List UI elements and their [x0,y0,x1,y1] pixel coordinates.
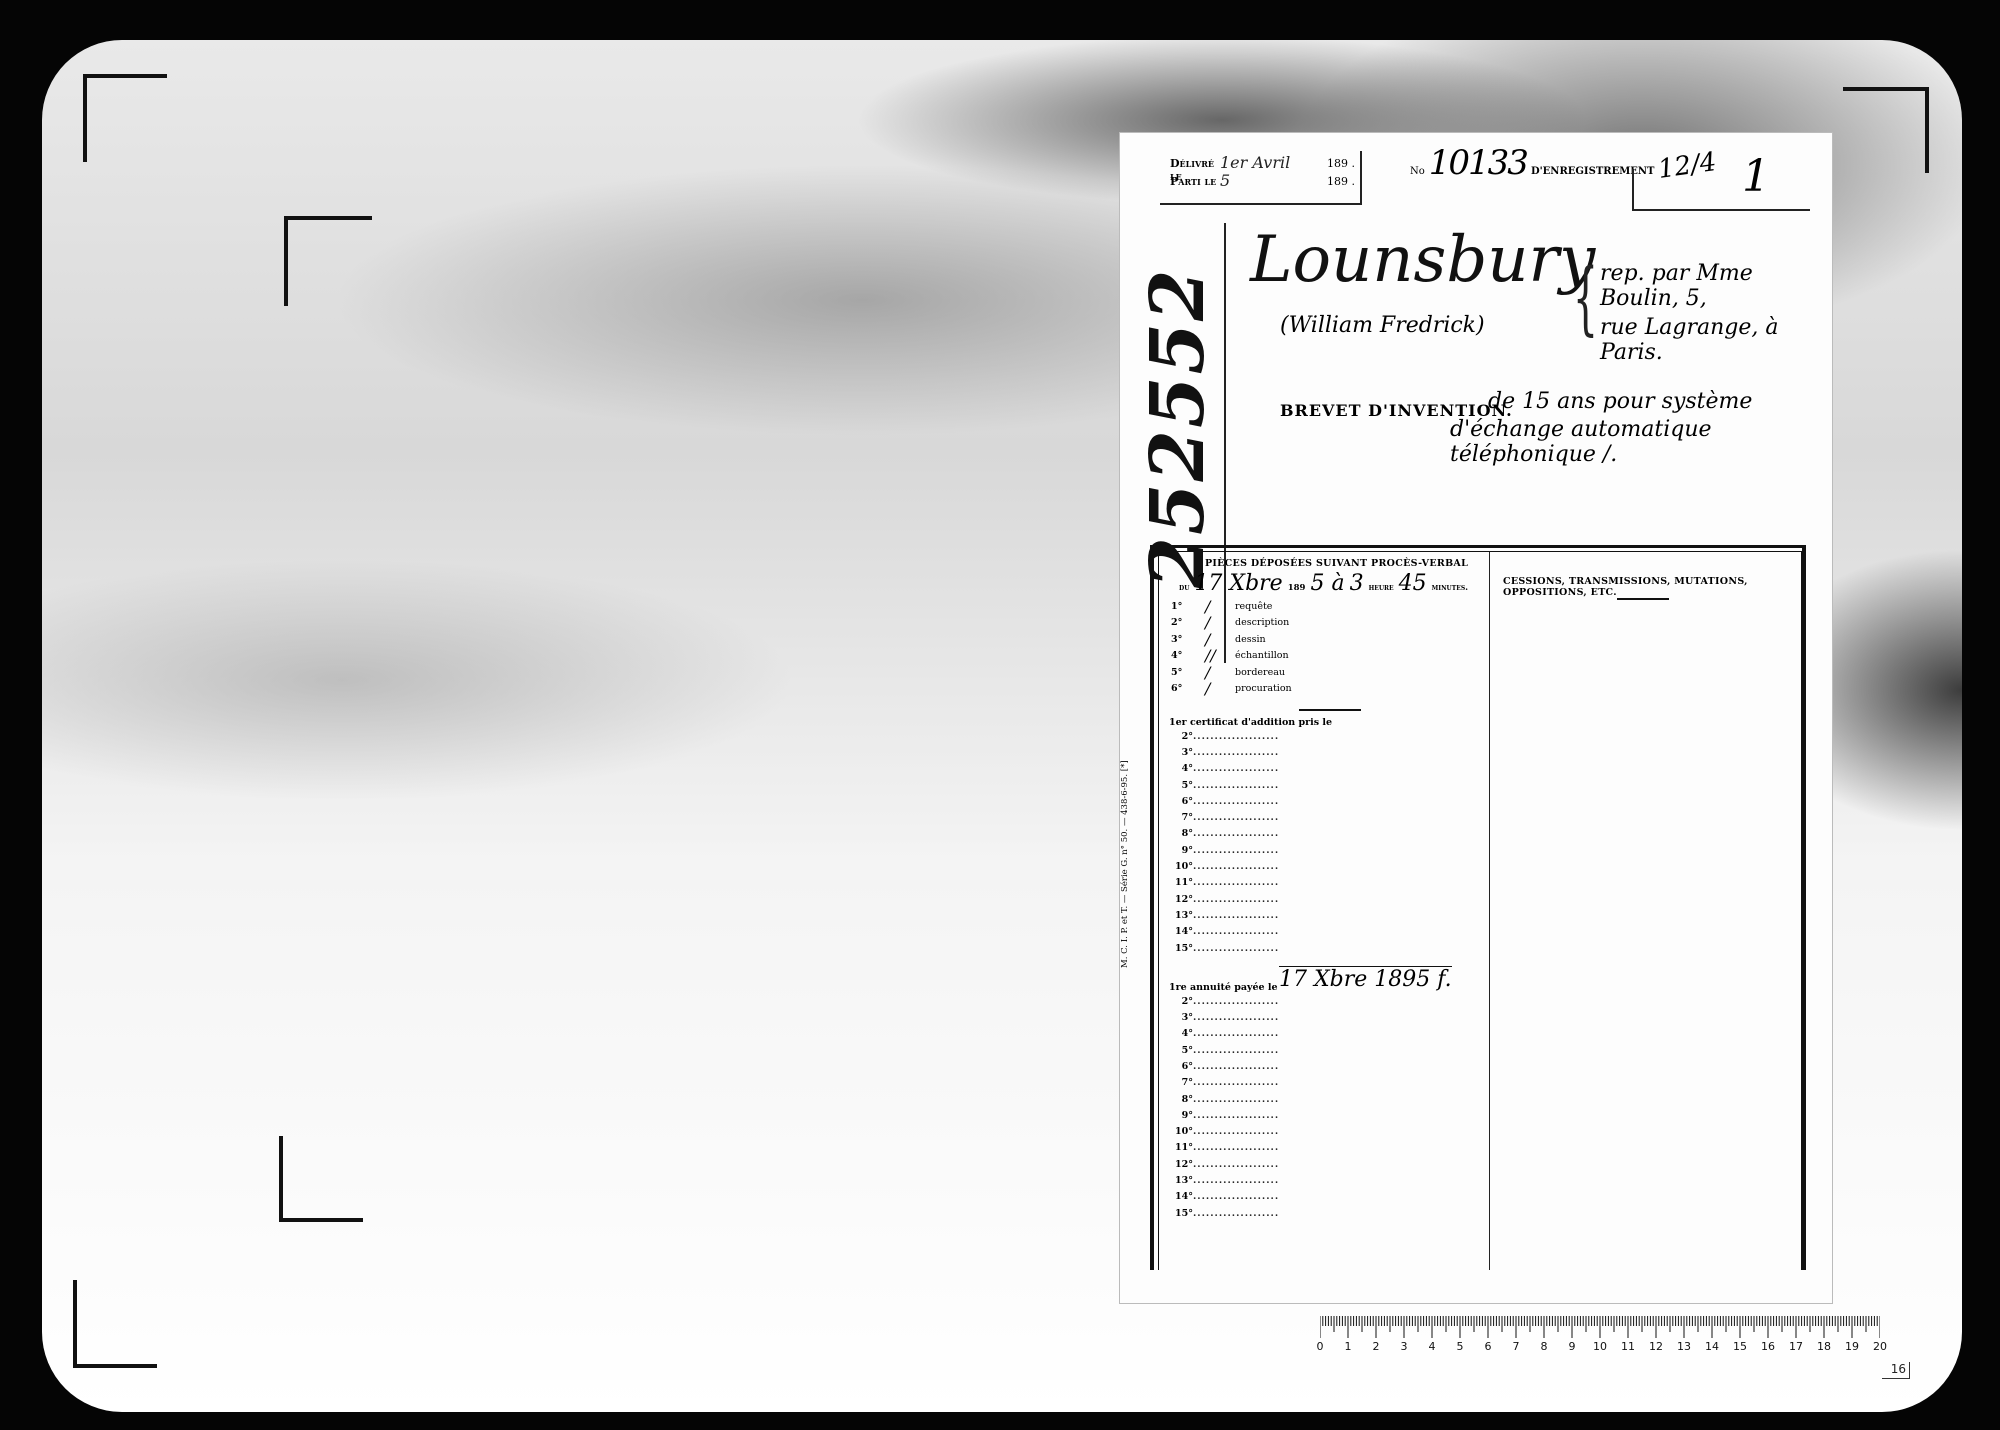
annuity-row: 7°.................... [1169,1075,1484,1091]
representative-line-1: rep. par Mme Boulin, 5, [1600,261,1832,311]
pv-hour: 3 [1350,571,1364,596]
cessions-title: CESSIONS, TRANSMISSIONS, MUTATIONS, OPPO… [1503,576,1801,598]
certificat-row: 3°.................... [1169,744,1484,760]
certificat-index: 13° [1169,910,1193,921]
certificat-row: 2°.................... [1169,728,1484,744]
annuity-index: 7° [1169,1077,1193,1088]
annuity-rows: 2°....................3°................… [1169,993,1484,1221]
dot-leader: .................... [1193,1028,1279,1039]
annuity-index: 2° [1169,996,1193,1007]
proces-verbal-date: du 17 Xbre 189 5 à 3 heure 45 minutes. [1179,571,1484,596]
annuity-row: 6°.................... [1169,1058,1484,1074]
dot-leader: .................... [1193,1126,1279,1137]
section-rule [1299,709,1361,711]
ruler-label: 0 [1317,1340,1324,1353]
annuity-row: 4°.................... [1169,1026,1484,1042]
piece-row: 4°//échantillon [1169,648,1484,665]
dot-leader: .................... [1193,943,1279,954]
annuity-row: 14°.................... [1169,1189,1484,1205]
dot-leader: .................... [1193,812,1279,823]
dot-leader: .................... [1193,780,1279,791]
piece-index: 5° [1169,667,1205,678]
dot-leader: .................... [1193,926,1279,937]
applicant-surname: Lounsbury [1250,223,1595,297]
dot-leader: .................... [1193,1159,1279,1170]
piece-name: échantillon [1235,650,1289,661]
enregistrement-value: 10133 [1429,143,1527,183]
dot-leader: .................... [1193,1175,1279,1186]
printer-imprint: M. C. I. P. et T. — Série G. n° 50. — 43… [1120,708,1130,968]
piece-name: bordereau [1235,667,1285,678]
dot-leader: .................... [1193,1094,1279,1105]
patent-register-sheet: 252552 Délivré le 1er Avril 189 . Parti … [1120,133,1832,1303]
piece-name: requête [1235,601,1272,612]
annuity-index: 5° [1169,1045,1193,1056]
dot-leader: .................... [1193,1110,1279,1121]
annuity-index: 4° [1169,1028,1193,1039]
brevet-description-line-1: de 15 ans pour système [1488,389,1752,414]
ruler-label: 18 [1817,1340,1831,1353]
certificat-row: 9°.................... [1169,842,1484,858]
certificat-row: 7°.................... [1169,809,1484,825]
ruler-label: 5 [1457,1340,1464,1353]
dot-leader: .................... [1193,1061,1279,1072]
piece-index: 2° [1169,617,1205,628]
certificat-index: 10° [1169,861,1193,872]
annuity-row: 2°.................... [1169,993,1484,1009]
certificat-row: 8°.................... [1169,826,1484,842]
certificat-index: 15° [1169,943,1193,954]
certificat-first-label: 1er certificat d'addition pris le [1169,717,1484,728]
annuity-index: 10° [1169,1126,1193,1137]
pv-minutes: 45 [1399,571,1427,596]
ruler-label: 17 [1789,1340,1803,1353]
ruler-label: 19 [1845,1340,1859,1353]
du-label: du [1179,583,1189,593]
piece-index: 1° [1169,601,1205,612]
certificat-index: 12° [1169,894,1193,905]
dot-leader: .................... [1193,828,1279,839]
annuity-first-label-text: 1re annuité payée le [1169,982,1278,993]
dot-leader: .................... [1193,910,1279,921]
sheet-mark: 1 [1742,151,1770,202]
ruler-label: 7 [1513,1340,1520,1353]
ruler-label: 20 [1873,1340,1887,1353]
minutes-label: minutes. [1432,583,1469,593]
certificat-index: 6° [1169,796,1193,807]
ruler-label: 4 [1429,1340,1436,1353]
dot-leader: .................... [1193,1191,1279,1202]
annuity-row: 12°.................... [1169,1156,1484,1172]
annuity-index: 12° [1169,1159,1193,1170]
ruler-label: 9 [1569,1340,1576,1353]
dot-leader: .................... [1193,747,1279,758]
ruler-label: 13 [1677,1340,1691,1353]
piece-row: 6°/procuration [1169,681,1484,698]
dot-leader: .................... [1193,1012,1279,1023]
certificat-row: 11°.................... [1169,875,1484,891]
ruler-label: 12 [1649,1340,1663,1353]
annuity-first-paid: 17 Xbre 1895 f. [1279,966,1452,992]
piece-index: 6° [1169,683,1205,694]
parti-row: Parti le 5 189 . [1170,175,1355,188]
no-prefix: No [1410,166,1425,177]
ruler-label: 3 [1401,1340,1408,1353]
heure-label: heure [1369,583,1394,593]
dot-leader: .................... [1193,1208,1279,1219]
scale-ruler: 01234567891011121314151617181920 [1320,1316,1900,1356]
annuity-index: 15° [1169,1208,1193,1219]
piece-count: / [1205,679,1235,698]
certificat-row: 13°.................... [1169,907,1484,923]
annuity-section: 1re annuité payée le 17 Xbre 1895 f. 2°.… [1169,982,1484,1221]
certificat-index: 4° [1169,763,1193,774]
ruler-label: 1 [1345,1340,1352,1353]
dot-leader: .................... [1193,796,1279,807]
annuity-index: 6° [1169,1061,1193,1072]
pieces-title: PIÈCES DÉPOSÉES SUIVANT PROCÈS-VERBAL [1189,558,1484,569]
piece-index: 3° [1169,634,1205,645]
ruler-label: 11 [1621,1340,1635,1353]
register-form: PIÈCES DÉPOSÉES SUIVANT PROCÈS-VERBAL du… [1150,545,1806,1270]
registration-number: 252552 [1135,268,1221,589]
annuity-row: 3°.................... [1169,1009,1484,1025]
certificat-index: 7° [1169,812,1193,823]
annuity-row: 8°.................... [1169,1091,1484,1107]
ruler-label: 6 [1485,1340,1492,1353]
certificat-index: 14° [1169,926,1193,937]
certificat-row: 4°.................... [1169,761,1484,777]
dot-leader: .................... [1193,731,1279,742]
crop-mark-top-left-inner [284,216,372,306]
annuity-row: 11°.................... [1169,1140,1484,1156]
piece-index: 4° [1169,650,1205,661]
parti-label: Parti le [1170,175,1220,188]
ruler-ticks [1320,1316,1880,1338]
annuity-row: 5°.................... [1169,1042,1484,1058]
piece-name: description [1235,617,1289,628]
crop-mark-bottom-left-outer [73,1280,157,1368]
annuity-index: 14° [1169,1191,1193,1202]
certificat-row: 14°.................... [1169,924,1484,940]
certificat-row: 10°.................... [1169,858,1484,874]
dot-leader: .................... [1193,996,1279,1007]
ruler-label: 14 [1705,1340,1719,1353]
dot-leader: .................... [1193,861,1279,872]
annuity-row: 10°.................... [1169,1124,1484,1140]
certificat-row: 6°.................... [1169,793,1484,809]
piece-row: 2°/description [1169,615,1484,632]
pieces-list: 1°/requête2°/description3°/dessin4°//éch… [1169,598,1484,697]
annuity-row: 13°.................... [1169,1172,1484,1188]
annuity-index: 8° [1169,1094,1193,1105]
register-form-inner: PIÈCES DÉPOSÉES SUIVANT PROCÈS-VERBAL du… [1158,551,1802,1270]
pv-year: 5 à [1310,571,1344,596]
piece-row: 1°/requête [1169,598,1484,615]
pv-date: 17 Xbre [1194,571,1282,596]
ruler-label: 10 [1593,1340,1607,1353]
ruler-label: 2 [1373,1340,1380,1353]
annuity-index: 3° [1169,1012,1193,1023]
piece-name: procuration [1235,683,1292,694]
ruler-label: 16 [1761,1340,1775,1353]
crop-mark-top-left-outer [83,74,167,162]
certificat-index: 3° [1169,747,1193,758]
parti-year: 189 . [1327,175,1355,188]
piece-name: dessin [1235,634,1266,645]
dot-leader: .................... [1193,1077,1279,1088]
dot-leader: .................... [1193,763,1279,774]
representative-line-2: rue Lagrange, à Paris. [1600,315,1832,365]
crop-mark-bottom-left-inner [279,1136,363,1222]
annuity-row: 9°.................... [1169,1107,1484,1123]
delivery-box: Délivré le 1er Avril 189 . Parti le 5 18… [1160,151,1362,205]
certificat-index: 5° [1169,780,1193,791]
certificat-index: 2° [1169,731,1193,742]
dot-leader: .................... [1193,1142,1279,1153]
frame-number: 16 [1882,1362,1910,1379]
piece-row: 3°/dessin [1169,631,1484,648]
column-divider [1489,552,1490,1270]
annuity-index: 9° [1169,1110,1193,1121]
brevet-description-line-2: d'échange automatique téléphonique /. [1450,417,1832,467]
parti-value: 5 [1220,175,1300,188]
brace-icon: { [1573,251,1598,344]
certificat-index: 9° [1169,845,1193,856]
certificat-row: 5°.................... [1169,777,1484,793]
certificat-row: 12°.................... [1169,891,1484,907]
ruler-label: 15 [1733,1340,1747,1353]
sheet-mark-box: 1 [1632,169,1810,211]
certificat-row: 15°.................... [1169,940,1484,956]
dot-leader: .................... [1193,845,1279,856]
certificat-index: 8° [1169,828,1193,839]
cessions-rule [1617,598,1669,600]
dot-leader: .................... [1193,1045,1279,1056]
pv-year-prefix: 189 [1288,583,1306,593]
certificat-rows: 2°....................3°................… [1169,728,1484,956]
annuity-index: 11° [1169,1142,1193,1153]
piece-row: 5°/bordereau [1169,664,1484,681]
annuity-row: 15°.................... [1169,1205,1484,1221]
certificat-index: 11° [1169,877,1193,888]
crop-mark-top-right [1843,87,1929,173]
dot-leader: .................... [1193,877,1279,888]
ruler-label: 8 [1541,1340,1548,1353]
applicant-given-names: (William Fredrick) [1280,313,1485,338]
annuity-index: 13° [1169,1175,1193,1186]
dot-leader: .................... [1193,894,1279,905]
pieces-column: PIÈCES DÉPOSÉES SUIVANT PROCÈS-VERBAL du… [1169,558,1484,1221]
